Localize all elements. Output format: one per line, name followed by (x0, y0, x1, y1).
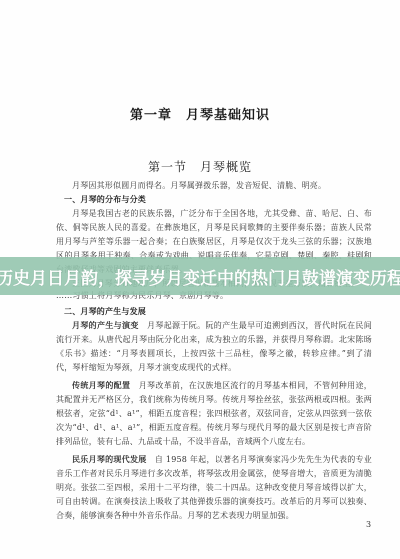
title-banner: 历史月日月韵，探寻岁月变迁中的热门月鼓谱演变历程 (0, 257, 400, 295)
term-traditional: 传统月琴的配置 (72, 381, 130, 390)
modern-text: 自 1958 年起，以著名月琴演奏家冯少先先生为代表的专业音乐工作者对民乐月琴进… (56, 455, 372, 520)
body-text-lower: ……习惯上将月琴称为民乐月琴、京剧月琴等。 二、月琴的产生与发展 月琴的产生与演… (56, 289, 372, 523)
paragraph-origin: 月琴的产生与演变 月琴起源于阮。阮的产生最早可追溯到西汉，晋代时阮在民间流行开来… (56, 319, 372, 375)
paragraph-traditional: 传统月琴的配置 月琴改革前，在汉族地区流行的月琴基本相同，不管何种用途，其配置并… (56, 379, 372, 449)
banner-title: 历史月日月韵，探寻岁月变迁中的热门月鼓谱演变历程 (0, 264, 400, 289)
chapter-title: 第一章 月琴基础知识 (0, 104, 400, 123)
section-title: 第一节 月琴概览 (0, 158, 400, 175)
term-origin: 月琴的产生与演变 (72, 321, 139, 330)
traditional-text: 月琴改革前，在汉族地区流行的月琴基本相同，不管何种用途，其配置并无严格区分，我们… (56, 381, 372, 446)
paragraph-modern: 民乐月琴的现代发展 自 1958 年起，以著名月琴演奏家冯少先先生为代表的专业音… (56, 453, 372, 523)
intro-paragraph: 月琴因其形似圆月而得名。月琴属弹拨乐器，发音短促、清脆、明亮。 (56, 179, 372, 193)
heading-distribution: 一、月琴的分布与分类 (56, 193, 372, 207)
term-modern: 民乐月琴的现代发展 (72, 455, 147, 464)
heading-origin: 二、月琴的产生与发展 (56, 305, 372, 319)
page-number: 3 (366, 520, 371, 529)
